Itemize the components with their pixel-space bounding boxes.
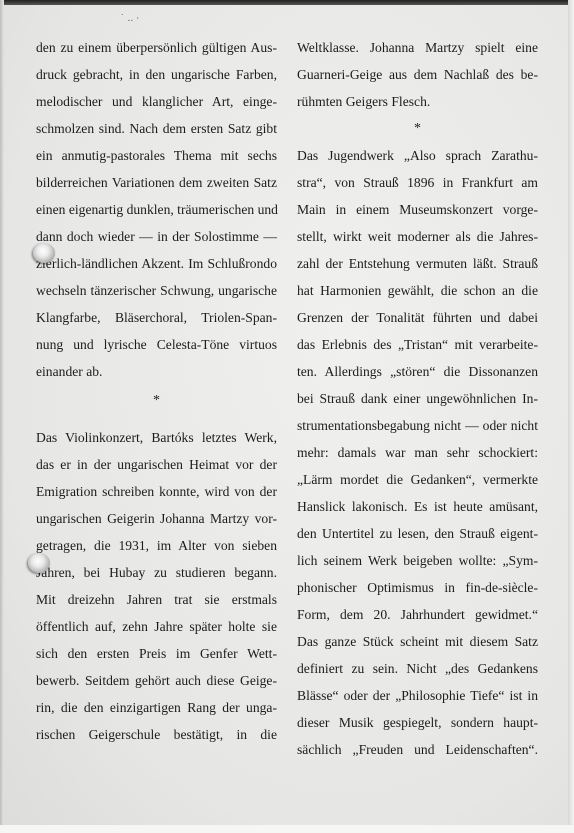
text-line: Hanslick lakonisch. Es ist heute amüsant… xyxy=(297,493,538,520)
paragraph-martzy-violin: Weltklasse. Johanna Martzy spielt eine G… xyxy=(297,34,538,115)
left-edge-shadow xyxy=(0,0,4,833)
text-line: dann doch wieder — in der Solostimme — xyxy=(36,223,277,250)
text-line: den zu einem überpersönlich gültigen Aus… xyxy=(36,34,277,61)
text-line: sich den ersten Preis im Genfer Wett- xyxy=(36,640,277,667)
text-line: Mit dreizehn Jahren trat sie erstmals xyxy=(36,586,277,613)
text-line: definiert zu sein. Nicht „des Gedankens xyxy=(297,655,538,682)
text-line: den Untertitel zu lesen, den Strauß eige… xyxy=(297,520,538,547)
text-line: Das ganze Stück scheint mit diesem Satz xyxy=(297,628,538,655)
text-line: Blässe“ oder der „Philosophie Tiefe“ ist… xyxy=(297,682,538,709)
scanned-page: ˙ ‥ · den zu einem überpersönlich gültig… xyxy=(0,0,574,833)
text-line: Das Violinkonzert, Bartóks letztes Werk, xyxy=(36,424,277,451)
text-line: ungarischen Geigerin Johanna Martzy vor- xyxy=(36,505,277,532)
right-edge xyxy=(568,0,574,833)
text-line: hat Harmonien gewählt, die schon an die xyxy=(297,277,538,304)
text-line: ein anmutig-pastorales Thema mit sechs xyxy=(36,142,277,169)
text-line: bei Strauß dank einer ungewöhnlichen In- xyxy=(297,385,538,412)
paragraph-violin-concerto: Das Violinkonzert, Bartóks letztes Werk,… xyxy=(36,424,277,748)
text-line: Weltklasse. Johanna Martzy spielt eine xyxy=(297,34,538,61)
text-line: öffentlich auf, zehn Jahre später holte … xyxy=(36,613,277,640)
top-edge-shadow xyxy=(0,0,574,5)
left-column: den zu einem überpersönlich gültigen Aus… xyxy=(36,34,277,748)
scan-speck: ˙ ‥ · xyxy=(120,14,139,24)
text-line: nung und lyrische Celesta-Töne virtuos xyxy=(36,331,277,358)
text-line: rischen Geigerschule bestätigt, in die xyxy=(36,721,277,748)
text-line: schmolzen sind. Nach dem ersten Satz gib… xyxy=(36,115,277,142)
text-line: ten. Allerdings „stören“ die Dissonanzen xyxy=(297,358,538,385)
paragraph-bartok-concerto-end: den zu einem überpersönlich gültigen Aus… xyxy=(36,34,277,385)
text-line: Main in einem Museumskonzert vorge- xyxy=(297,196,538,223)
text-line: mehr: damals war man sehr schockiert: xyxy=(297,439,538,466)
paragraph-zarathustra: Das Jugendwerk „Also sprach Zarathu- str… xyxy=(297,142,538,763)
text-line: melodischer und klanglicher Art, einge- xyxy=(36,88,277,115)
text-line: druck gebracht, in den ungarische Farben… xyxy=(36,61,277,88)
text-line: Das Jugendwerk „Also sprach Zarathu- xyxy=(297,142,538,169)
text-line: das Erlebnis des „Tristan“ mit verarbeit… xyxy=(297,331,538,358)
text-line: wechseln tänzerischer Schwung, ungarisch… xyxy=(36,277,277,304)
text-line: Klangfarbe, Bläserchoral, Triolen-Span- xyxy=(36,304,277,331)
text-line: Form, dem 20. Jahrhundert gewidmet.“ xyxy=(297,601,538,628)
text-line: Grenzen der Tonalität führten und dabei xyxy=(297,304,538,331)
text-line: rin, die den einzigartigen Rang der unga… xyxy=(36,694,277,721)
text-line: phonischer Optimismus in fin-de-siècle- xyxy=(297,574,538,601)
text-line: sächlich „Freuden und Leidenschaften“. xyxy=(297,736,538,763)
text-line: zahl der Entstehung vermuten läßt. Strau… xyxy=(297,250,538,277)
text-line: Emigration schreiben konnte, wird von de… xyxy=(36,478,277,505)
text-line: das er in der ungarischen Heimat vor der xyxy=(36,451,277,478)
text-line: stra“, von Strauß 1896 in Frankfurt am xyxy=(297,169,538,196)
text-line: stellt, wirkt weit moderner als die Jahr… xyxy=(297,223,538,250)
section-separator-asterisk: * xyxy=(297,115,538,142)
text-line: einen eigenartig dunklen, träumerischen … xyxy=(36,196,277,223)
text-line: rühmten Geigers Flesch. xyxy=(297,88,538,115)
text-line: lich seinem Werk beigeben wollte: „Sym- xyxy=(297,547,538,574)
text-line: dieser Musik gespiegelt, sondern haupt- xyxy=(297,709,538,736)
punch-hole-upper xyxy=(33,243,55,263)
text-line: Guarneri-Geige aus dem Nachlaß des be- xyxy=(297,61,538,88)
bottom-edge xyxy=(0,825,574,833)
text-line: „Lärm mordet die Gedanken“, vermerkte xyxy=(297,466,538,493)
punch-hole-lower xyxy=(28,553,50,573)
text-line: bewerb. Seitdem gehört auch diese Geige- xyxy=(36,667,277,694)
text-line: getragen, die 1931, im Alter von sieben xyxy=(36,532,277,559)
spacer xyxy=(36,414,277,424)
text-line: zierlich-ländlichen Akzent. Im Schlußron… xyxy=(36,250,277,277)
section-separator-asterisk: * xyxy=(36,387,277,414)
text-line: bilderreichen Variationen dem zweiten Sa… xyxy=(36,169,277,196)
right-column: Weltklasse. Johanna Martzy spielt eine G… xyxy=(297,34,538,763)
text-line: strumentationsbegabung nicht — oder nich… xyxy=(297,412,538,439)
text-line: Jahren, bei Hubay zu studieren begann. xyxy=(36,559,277,586)
text-line: einander ab. xyxy=(36,358,277,385)
